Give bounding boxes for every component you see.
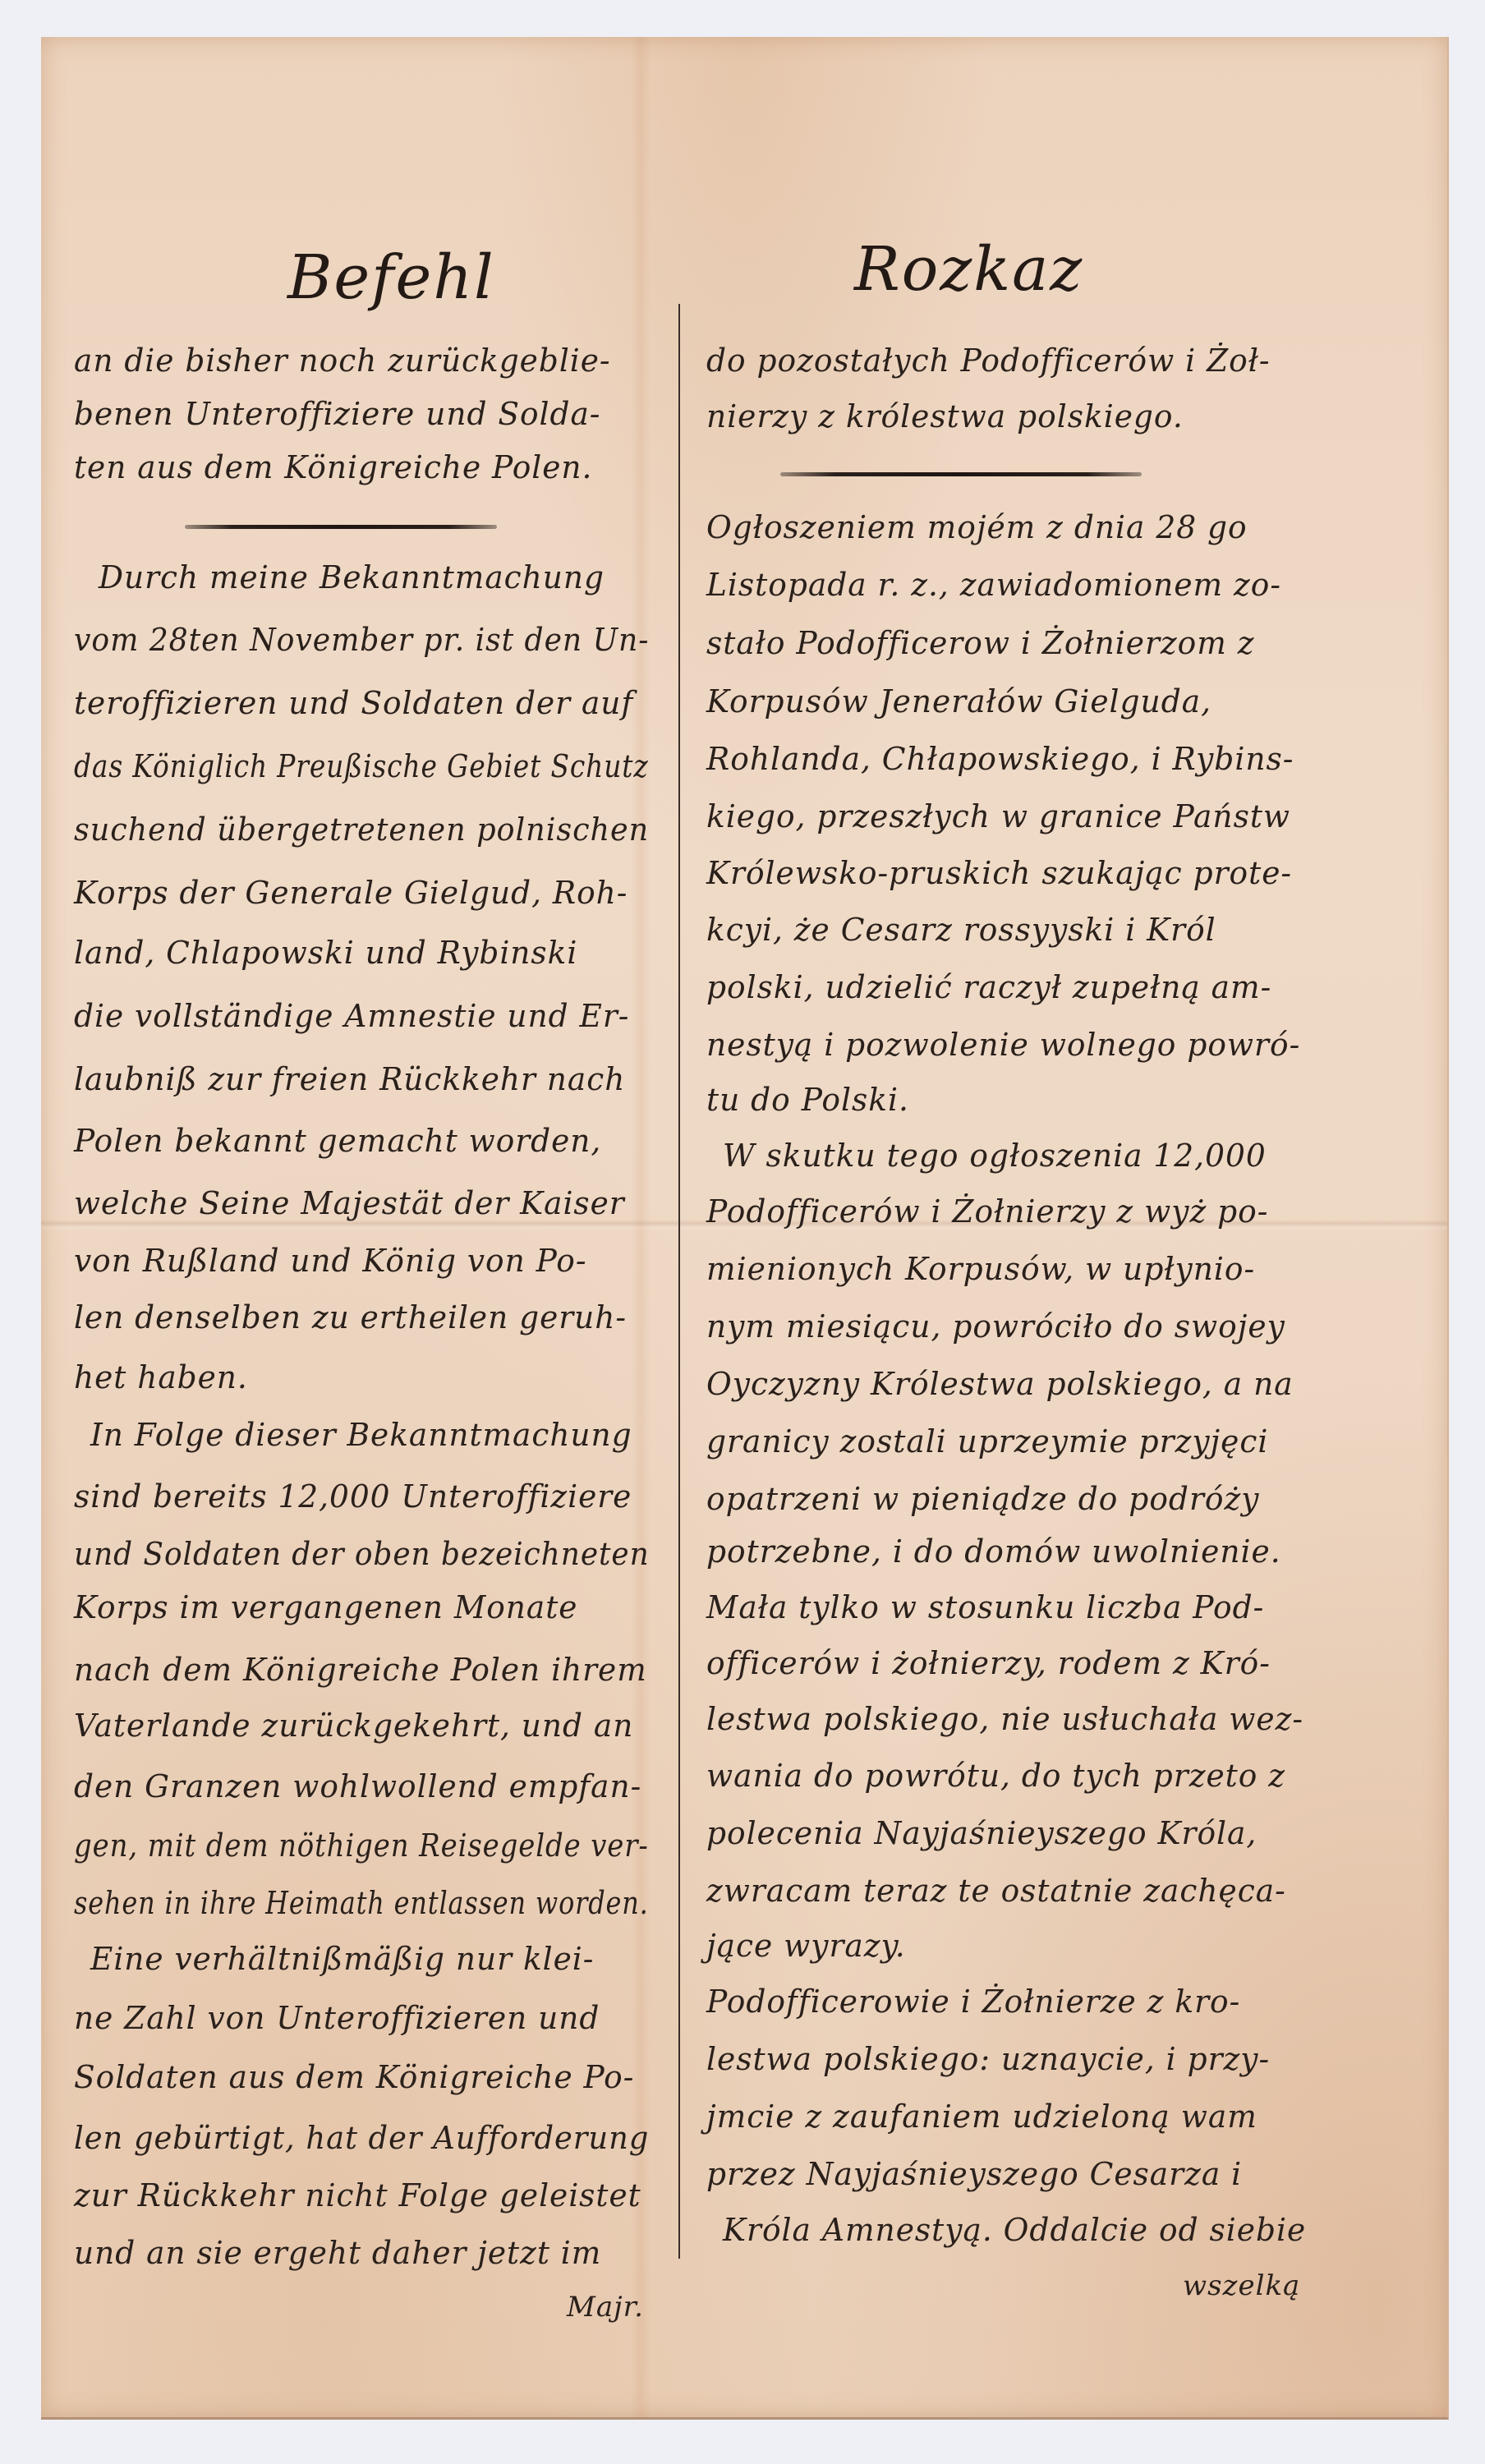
polish-body-line: kcyi, że Cesarz rossyyski i Król xyxy=(706,912,1372,948)
polish-body-line: potrzebne, i do domów uwolnienie. xyxy=(706,1533,1372,1570)
german-body-line: nach dem Königreiche Polen ihrem xyxy=(74,1652,649,1688)
polish-body-line: nestyą i pozwolenie wolnego powró- xyxy=(706,1027,1372,1063)
german-subtitle-line: an die bisher noch zurückgeblie- xyxy=(74,342,649,379)
polish-subtitle-line: do pozostałych Podofficerów i Żoł- xyxy=(706,342,1372,379)
polish-body-line: stało Podofficerow i Żołnierzom z xyxy=(706,625,1372,661)
german-body-line: In Folge dieser Bekanntmachung xyxy=(90,1417,665,1453)
german-body-line: Vaterlande zurückgekehrt, und an xyxy=(74,1708,649,1744)
german-body-line: Durch meine Bekanntmachung xyxy=(99,559,674,595)
german-body-line: Eine verhältnißmäßig nur klei- xyxy=(90,1941,665,1977)
polish-body-line: zwracam teraz te ostatnie zachęca- xyxy=(706,1873,1372,1909)
german-subtitle-line: ten aus dem Königreiche Polen. xyxy=(74,449,649,485)
polish-body-line: lestwa polskiego, nie usłuchała wez- xyxy=(706,1701,1372,1737)
polish-body-line: nym miesiącu, powróciło do swojey xyxy=(706,1308,1372,1345)
german-title-rule xyxy=(185,525,497,529)
german-body-line: von Rußland und König von Po- xyxy=(74,1243,649,1279)
polish-body-line: officerów i żołnierzy, rodem z Kró- xyxy=(706,1645,1372,1681)
polish-body-line: opatrzeni w pieniądze do podróży xyxy=(706,1481,1372,1517)
german-body-line: len gebürtigt, hat der Aufforderung xyxy=(74,2120,640,2156)
german-body-line: das Königlich Preußische Gebiet Schutz xyxy=(74,748,578,784)
polish-body-line: Korpusów Jenerałów Gielguda, xyxy=(706,683,1372,719)
german-body-line: die vollständige Amnestie und Er- xyxy=(74,998,649,1034)
german-body-line: teroffizieren und Soldaten der auf xyxy=(74,685,649,721)
polish-body-line: Podofficerów i Żołnierzy z wyż po- xyxy=(706,1193,1372,1230)
polish-body-line: granicy zostali uprzeymie przyjęci xyxy=(706,1423,1372,1460)
polish-body-line: Królewsko-pruskich szukając prote- xyxy=(706,855,1372,891)
german-body-line: ne Zahl von Unteroffizieren und xyxy=(74,2000,649,2036)
german-body-line: Soldaten aus dem Königreiche Po- xyxy=(74,2059,649,2095)
polish-title: Rozkaz xyxy=(854,234,1083,305)
column-divider xyxy=(678,304,680,2259)
polish-body-line: W skutku tego ogłoszenia 12,000 xyxy=(723,1138,1388,1174)
polish-body-line: wania do powrótu, do tych przeto z xyxy=(706,1758,1372,1794)
german-body-line: zur Rückkehr nicht Folge geleistet xyxy=(74,2177,649,2213)
document-page: Befehl an die bisher noch zurückgeblie- … xyxy=(41,37,1449,2420)
polish-title-rule xyxy=(780,472,1142,476)
polish-body-line: Listopada r. z., zawiadomionem zo- xyxy=(706,567,1372,603)
german-catchword: Majr. xyxy=(567,2291,644,2324)
german-body-line: welche Seine Majestät der Kaiser xyxy=(74,1185,649,1221)
german-body-line: suchend übergetretenen polnischen xyxy=(74,811,635,848)
german-body-line: laubniß zur freien Rückkehr nach xyxy=(74,1061,649,1097)
german-body-line: Korps im vergangenen Monate xyxy=(74,1589,649,1625)
polish-body-line: Podofficerowie i Żołnierze z kro- xyxy=(706,1984,1372,2020)
german-body-line: und an sie ergeht daher jetzt im xyxy=(74,2235,649,2271)
german-body-line: len denselben zu ertheilen geruh- xyxy=(74,1299,649,1335)
german-body-line: sind bereits 12,000 Unteroffiziere xyxy=(74,1478,649,1515)
polish-body-line: lestwa polskiego: uznaycie, i przy- xyxy=(706,2041,1372,2077)
polish-body-line: polski, udzielić raczył zupełną am- xyxy=(706,969,1372,1005)
polish-subtitle-line: nierzy z królestwa polskiego. xyxy=(706,398,1372,434)
german-body-line: Polen bekannt gemacht worden, xyxy=(74,1123,649,1159)
german-title: Befehl xyxy=(287,242,495,313)
polish-body-line: jące wyrazy. xyxy=(706,1928,1372,1964)
german-body-line: und Soldaten der oben bezeichneten xyxy=(74,1536,625,1572)
polish-body-line: polecenia Nayjaśnieyszego Króla, xyxy=(706,1815,1372,1851)
polish-body-line: kiego, przeszłych w granice Państw xyxy=(706,798,1372,834)
polish-body-line: mienionych Korpusów, w upłynio- xyxy=(706,1251,1372,1287)
polish-body-line: Mała tylko w stosunku liczba Pod- xyxy=(706,1589,1372,1625)
german-body-line: sehen in ihre Heimath entlassen worden. xyxy=(74,1885,563,1921)
polish-catchword: wszelką xyxy=(1183,2269,1300,2302)
german-body-line: het haben. xyxy=(74,1359,649,1395)
polish-body-line: Oyczyzny Królestwa polskiego, a na xyxy=(706,1366,1372,1402)
polish-body-line: przez Nayjaśnieyszego Cesarza i xyxy=(706,2156,1372,2192)
german-body-line: den Granzen wohlwollend empfan- xyxy=(74,1768,649,1804)
polish-body-line: Ogłoszeniem mojém z dnia 28 go xyxy=(706,509,1372,545)
polish-body-line: Rohlanda, Chłapowskiego, i Rybins- xyxy=(706,741,1372,777)
german-body-line: land, Chlapowski und Rybinski xyxy=(74,935,649,971)
polish-body-line: jmcie z zaufaniem udzieloną wam xyxy=(706,2099,1372,2135)
german-body-line: vom 28ten November pr. ist den Un- xyxy=(74,622,628,658)
german-body-line: Korps der Generale Gielgud, Roh- xyxy=(74,875,649,911)
german-subtitle-line: benen Unteroffiziere und Solda- xyxy=(74,396,649,432)
german-body-line: gen, mit dem nöthigen Reisegelde ver- xyxy=(74,1827,595,1864)
polish-body-line: Króla Amnestyą. Oddalcie od siebie xyxy=(723,2212,1388,2248)
polish-body-line: tu do Polski. xyxy=(706,1082,1372,1118)
